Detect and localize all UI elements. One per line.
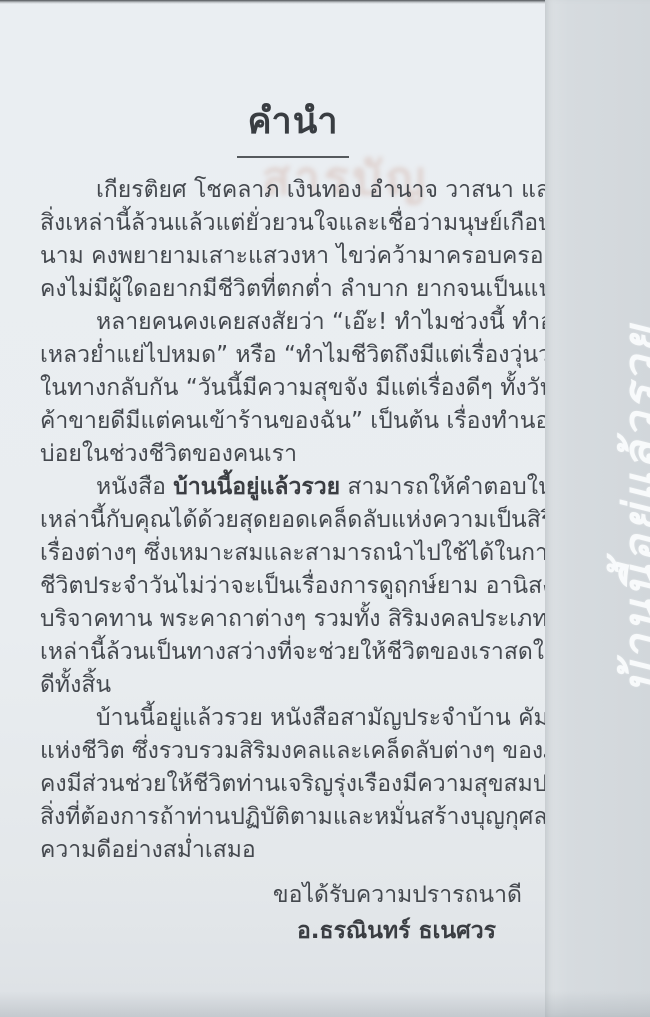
text-line: คงมีส่วนช่วยให้ชีวิตท่านเจริญรุ่งเรืองมี… xyxy=(40,768,546,801)
paragraph: หนังสือ บ้านนี้อยู่แล้วรวย สามารถให้คำตอ… xyxy=(40,471,546,702)
text-line: เหล่านี้กับคุณได้ด้วยสุดยอดเคล็ดลับแห่งค… xyxy=(40,504,546,537)
author-name: อ.ธรณินทร์ ธเนศวร xyxy=(40,913,546,949)
book-page-photo: สารบัญ คำนำ เกียรติยศ โชคลาภ เงินทอง อำน… xyxy=(0,0,650,1017)
text-line: แห่งชีวิต ซึ่งรวบรวมสิริมงคลและเคล็ดลับต… xyxy=(40,735,546,768)
text-line: ในทางกลับกัน “วันนี้มีความสุขจัง มีแต่เร… xyxy=(40,372,546,405)
paragraph: บ้านนี้อยู่แล้วรวย หนังสือสามัญประจำบ้าน… xyxy=(40,702,546,867)
text-line: ความดีอย่างสม่ำเสมอ xyxy=(40,834,546,867)
preface-title: คำนำ xyxy=(237,92,348,158)
text-line: เหลวย่ำแย่ไปหมด” หรือ “ทำไมชีวิตถึงมีแต่… xyxy=(40,339,546,372)
text-line: นาม คงพยายามเสาะแสวงหา ไขว่คว้ามาครอบครอ… xyxy=(40,240,546,273)
text-line: สิ่งที่ต้องการถ้าท่านปฏิบัติตามและหมั่นส… xyxy=(40,801,546,834)
text-line: บริจาคทาน พระคาถาต่างๆ รวมทั้ง สิริมงคลป… xyxy=(40,603,546,636)
title-wrap: คำนำ xyxy=(40,92,546,158)
text-line: เหล่านี้ล้วนเป็นทางสว่างที่จะช่วยให้ชีวิ… xyxy=(40,636,546,669)
text-line: ค้าขายดีมีแต่คนเข้าร้านของฉัน” เป็นต้น เ… xyxy=(40,405,546,438)
side-title-vertical: บ้านนี้อยู่แล้วรวย xyxy=(604,268,650,748)
photo-bottom-edge-shadow xyxy=(0,991,650,1017)
preface-body: เกียรติยศ โชคลาภ เงินทอง อำนาจ วาสนา และ… xyxy=(40,174,546,867)
text-line: ชีวิตประจำวันไม่ว่าจะเป็นเรื่องการดูฤกษ์… xyxy=(40,570,546,603)
text-line: บ้านนี้อยู่แล้วรวย หนังสือสามัญประจำบ้าน… xyxy=(40,702,546,735)
preface-page: คำนำ เกียรติยศ โชคลาภ เงินทอง อำนาจ วาสน… xyxy=(40,92,546,949)
text-line: หนังสือ บ้านนี้อยู่แล้วรวย สามารถให้คำตอ… xyxy=(40,471,546,504)
paragraph: เกียรติยศ โชคลาภ เงินทอง อำนาจ วาสนา และ… xyxy=(40,174,546,306)
text-line: เรื่องต่างๆ ซึ่งเหมาะสมและสามารถนำไปใช้ไ… xyxy=(40,537,546,570)
text-line: คงไม่มีผู้ใดอยากมีชีวิตที่ตกต่ำ ลำบาก ยา… xyxy=(40,273,546,306)
closing-block: ขอได้รับความปรารถนาดี อ.ธรณินทร์ ธเนศวร xyxy=(40,877,546,949)
text-line: บ่อยในช่วงชีวิตของคนเรา xyxy=(40,438,546,471)
text-line: สิ่งเหล่านี้ล้วนแล้วแต่ยั่วยวนใจและเชื่อ… xyxy=(40,207,546,240)
text-line: เกียรติยศ โชคลาภ เงินทอง อำนาจ วาสนา และ… xyxy=(40,174,546,207)
closing-wish: ขอได้รับความปรารถนาดี xyxy=(40,877,546,913)
paragraph: หลายคนคงเคยสงสัยว่า “เอ๊ะ! ทำไมช่วงนี้ ท… xyxy=(40,306,546,471)
text-line: ดีทั้งสิ้น xyxy=(40,669,546,702)
text-line: หลายคนคงเคยสงสัยว่า “เอ๊ะ! ทำไมช่วงนี้ ท… xyxy=(40,306,546,339)
